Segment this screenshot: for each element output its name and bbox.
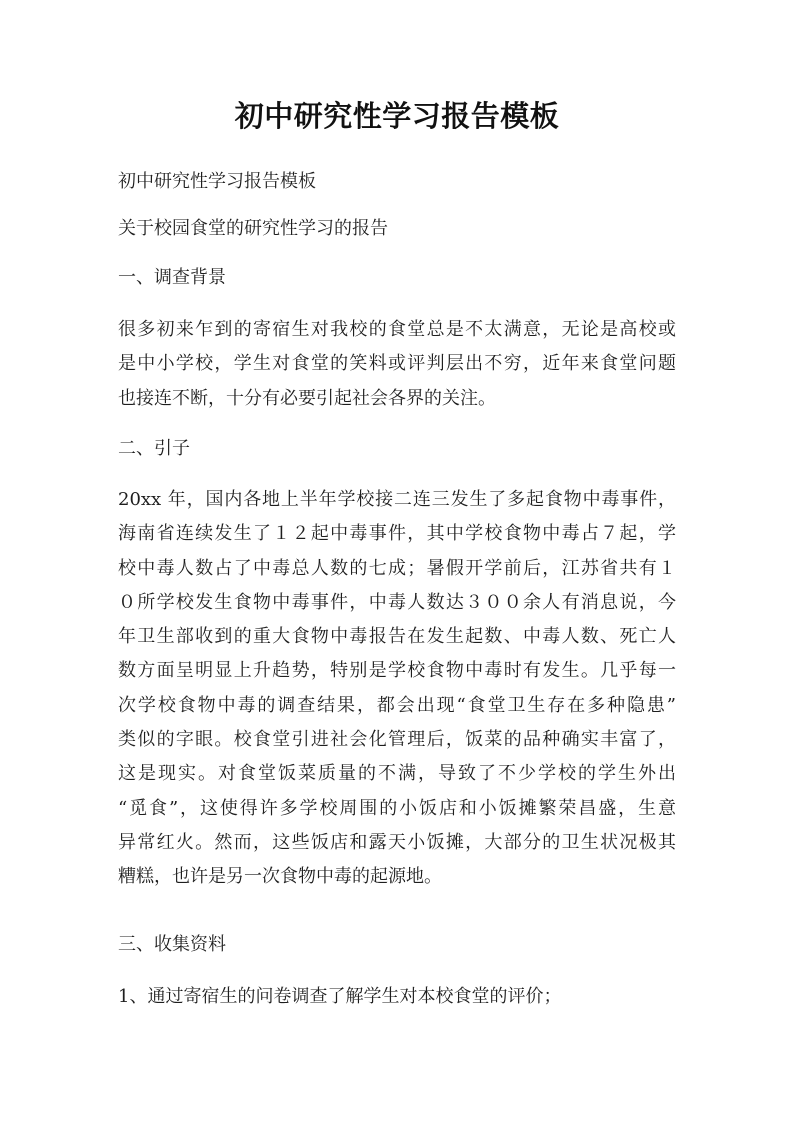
paragraph-line: 也接连不断，十分有必要引起社会各界的关注。 bbox=[118, 387, 676, 421]
paragraph-line: 校中毒人数占了中毒总人数的七成；暑假开学前后，江苏省共有１ bbox=[118, 557, 676, 591]
document-subtitle: 初中研究性学习报告模板 bbox=[118, 170, 316, 194]
paragraph-line: 年卫生部收到的重大食物中毒报告在发生起数、中毒人数、死亡人 bbox=[118, 625, 676, 659]
paragraph-line: “觅食”，这使得许多学校周围的小饭店和小饭摊繁荣昌盛，生意 bbox=[118, 797, 676, 831]
paragraph-line: 20xx 年，国内各地上半年学校接二连三发生了多起食物中毒事件， bbox=[118, 488, 676, 522]
section-paragraph-background: 很多初来乍到的寄宿生对我校的食堂总是不太满意，无论是高校或 是中小学校，学生对食… bbox=[118, 318, 676, 421]
paragraph-line: 1、通过寄宿生的问卷调查了解学生对本校食堂的评价； bbox=[118, 985, 676, 1019]
section-paragraph-introduction: 20xx 年，国内各地上半年学校接二连三发生了多起食物中毒事件， 海南省连续发生… bbox=[118, 488, 676, 900]
paragraph-line: 数方面呈明显上升趋势，特别是学校食物中毒时有发生。几乎每一 bbox=[118, 659, 676, 693]
paragraph-line: 糟糕，也许是另一次食物中毒的起源地。 bbox=[118, 865, 676, 899]
paragraph-line: ０所学校发生食物中毒事件，中毒人数达３００余人有消息说，今 bbox=[118, 591, 676, 625]
section-heading-introduction: 二、引子 bbox=[118, 437, 190, 461]
paragraph-line: 这是现实。对食堂饭菜质量的不满，导致了不少学校的学生外出 bbox=[118, 762, 676, 796]
document-title: 初中研究性学习报告模板 bbox=[118, 96, 676, 136]
section-heading-background: 一、调查背景 bbox=[118, 266, 226, 290]
report-title: 关于校园食堂的研究性学习的报告 bbox=[118, 217, 388, 241]
paragraph-line: 很多初来乍到的寄宿生对我校的食堂总是不太满意，无论是高校或 bbox=[118, 318, 676, 352]
paragraph-line: 是中小学校，学生对食堂的笑料或评判层出不穷，近年来食堂问题 bbox=[118, 352, 676, 386]
section-paragraph-data-collection: 1、通过寄宿生的问卷调查了解学生对本校食堂的评价； bbox=[118, 985, 676, 1019]
paragraph-line: 海南省连续发生了１２起中毒事件，其中学校食物中毒占７起，学 bbox=[118, 522, 676, 556]
section-heading-data-collection: 三、收集资料 bbox=[118, 933, 226, 957]
paragraph-line: 次学校食物中毒的调查结果，都会出现“食堂卫生存在多种隐患” bbox=[118, 694, 676, 728]
paragraph-line: 异常红火。然而，这些饭店和露天小饭摊，大部分的卫生状况极其 bbox=[118, 831, 676, 865]
paragraph-line: 类似的字眼。校食堂引进社会化管理后，饭菜的品种确实丰富了， bbox=[118, 728, 676, 762]
